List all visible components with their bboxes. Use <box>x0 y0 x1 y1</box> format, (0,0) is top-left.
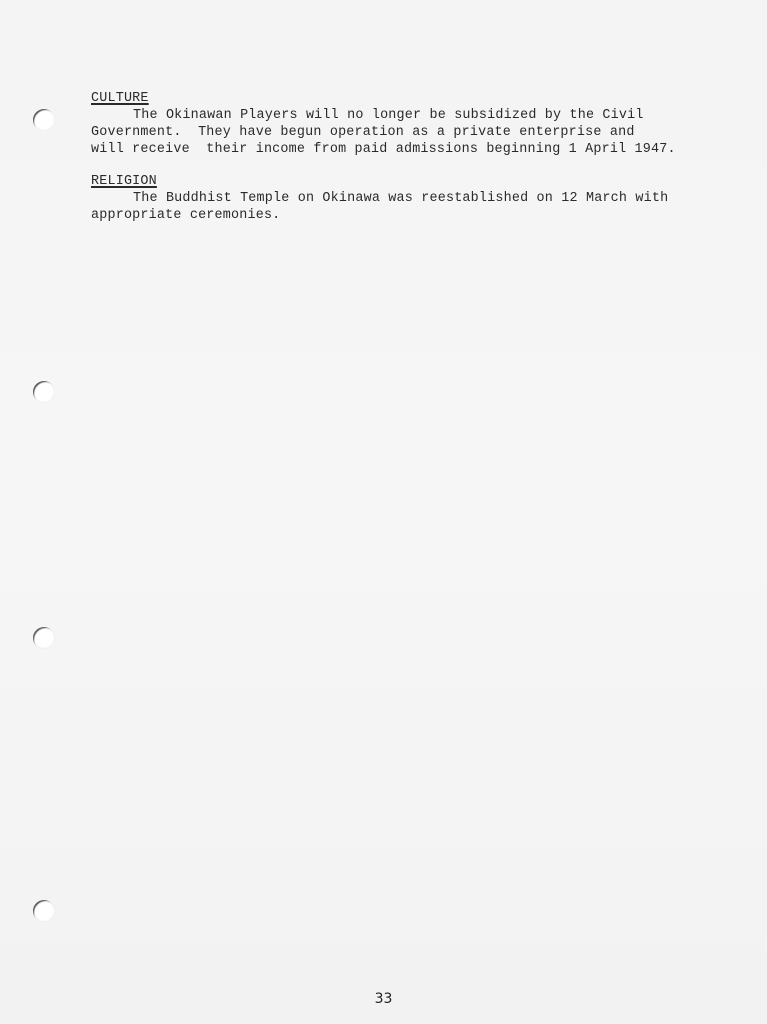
binder-hole-4 <box>33 900 55 922</box>
document-page: CULTURE The Okinawan Players will no lon… <box>0 0 767 1024</box>
section-heading: RELIGION <box>91 173 668 190</box>
binder-hole-3 <box>33 627 55 649</box>
binder-hole-2 <box>33 381 55 403</box>
section-culture: CULTURE The Okinawan Players will no lon… <box>91 90 676 158</box>
binder-hole-1 <box>33 109 55 131</box>
paragraph-line: will receive their income from paid admi… <box>91 141 676 158</box>
section-heading: CULTURE <box>91 90 676 107</box>
paragraph-line: appropriate ceremonies. <box>91 207 668 224</box>
paragraph-line: The Okinawan Players will no longer be s… <box>91 107 676 124</box>
page-number: 33 <box>0 991 767 1007</box>
section-religion: RELIGION The Buddhist Temple on Okinawa … <box>91 173 668 224</box>
paragraph-line: Government. They have begun operation as… <box>91 124 676 141</box>
paragraph-line: The Buddhist Temple on Okinawa was reest… <box>91 190 668 207</box>
